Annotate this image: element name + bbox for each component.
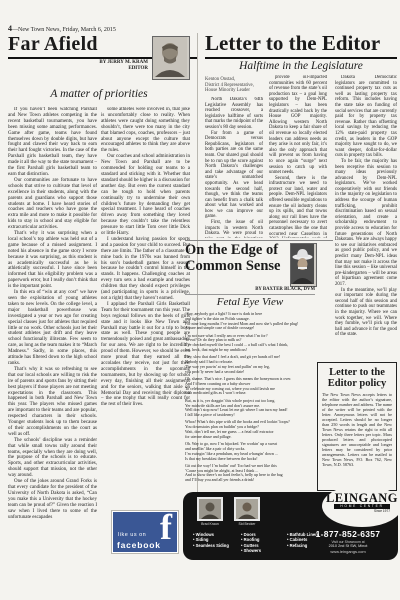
salesperson-photo: [234, 497, 260, 521]
letter-article-title: Halftime in the Legislature: [205, 60, 397, 72]
letter-policy-box: Letter to the Editor policy The New Town…: [317, 362, 397, 491]
poem-stanza: Whoa! What’s this pipe with all the hook…: [185, 420, 331, 439]
leingang-logo: LEINGANG HOME CENTER Since 1977: [322, 485, 400, 527]
letter-rule: [205, 57, 397, 59]
poem-stanza: Oh, shame. That’s nice. I guess this mea…: [185, 377, 331, 396]
newspaper-page: 4—New Town News, Friday, March 6, 2015 F…: [0, 0, 400, 600]
letter-column-2: provide oil-impacted communities with 60…: [269, 75, 327, 238]
facebook-icon: f: [160, 506, 172, 548]
poem: “Say, anybody got a light? It sure is da…: [185, 312, 331, 492]
policy-body: The New Town News accepts letters to the…: [322, 392, 392, 467]
far-afield-article-title: A matter of priorities: [8, 88, 190, 100]
edge-section-title: On the Edge of Common Sense: [185, 243, 295, 274]
services-column-1: Windows Siding Seamless Siding: [193, 532, 235, 554]
folio-line: 4—New Town News, Friday, March 6, 2015: [8, 24, 116, 33]
salesperson-name: Sid Becker: [234, 522, 260, 526]
letter-section-title: Letter to the Editor: [205, 31, 397, 56]
columnist-photo: [290, 243, 317, 287]
editor-photo: [152, 36, 190, 80]
salesperson-photo: [197, 497, 223, 521]
facebook-ad: f like us on facebook: [112, 511, 178, 553]
byline-role: EDITOR: [8, 66, 148, 72]
facebook-wordmark: facebook: [117, 540, 161, 550]
salesperson: Sid Becker: [234, 497, 260, 526]
far-afield-column-2: some athletes were involved in, that jok…: [101, 107, 190, 505]
facebook-like-text: like us on: [118, 532, 146, 538]
letter-column-3: Dakota Democratic legislators are commit…: [335, 75, 397, 358]
policy-title: Letter to the Editor policy: [322, 367, 392, 389]
leingang-contact: 1-877-852-6357 Visit our Showroom at 201…: [304, 529, 392, 554]
far-afield-byline: BY JERRY M. KRAM EDITOR: [8, 60, 148, 72]
letter-author-title: House Minority Leader: [205, 88, 265, 94]
leingang-brand: LEINGANG: [322, 492, 400, 504]
salesperson-name: Brad Kraun: [197, 522, 223, 526]
poem-stanza: But, as it is, yer draggin’ this whole p…: [185, 399, 331, 418]
far-afield-section-title: Far Afield: [8, 33, 98, 56]
leingang-address: 2010 2nd St SW, Minot: [304, 544, 392, 548]
letter-column-1: North Dakota’s 64th Legislative Assembly…: [205, 97, 263, 238]
edge-section-rule: [185, 240, 333, 241]
salespeople: Brad Kraun Sid Becker: [197, 497, 260, 526]
edge-article-title: Fetal Eye View: [185, 296, 315, 308]
poem-stanza: Oh. Way to go, now I’m hijacked. Yer wor…: [185, 442, 331, 461]
leingang-ad: LEINGANG HOME CENTER Since 1977 Brad Kra…: [183, 492, 398, 560]
leingang-brand-sub: HOME CENTER: [334, 504, 390, 509]
letter-byline: Kenton Onstad, District 4 Representative…: [205, 77, 265, 94]
poem-stanza: “Say, anybody got a light? It sure is da…: [185, 312, 331, 331]
salesperson: Brad Kraun: [197, 497, 223, 526]
edge-byline-rule: [185, 294, 315, 295]
leingang-phone: 1-877-852-6357: [304, 529, 392, 539]
services-column-2: Doors Roofing Gutters Showers: [241, 532, 281, 554]
poem-stanza: I’m not sure what I really am or even wh…: [185, 334, 331, 353]
leingang-since: Since 1977: [322, 509, 400, 513]
leingang-website: www.leingangs.com: [304, 549, 392, 554]
poem-stanza: Git out the way! I’m bailin’ out! Too ba…: [185, 464, 331, 483]
poem-stanza: Hey, slow that dam! I feel a draft, and …: [185, 355, 331, 374]
far-afield-column-1: If you haven’t been watching Parshall an…: [8, 107, 97, 559]
edge-byline: BY BAXTER BLACK, DVM: [185, 287, 315, 292]
